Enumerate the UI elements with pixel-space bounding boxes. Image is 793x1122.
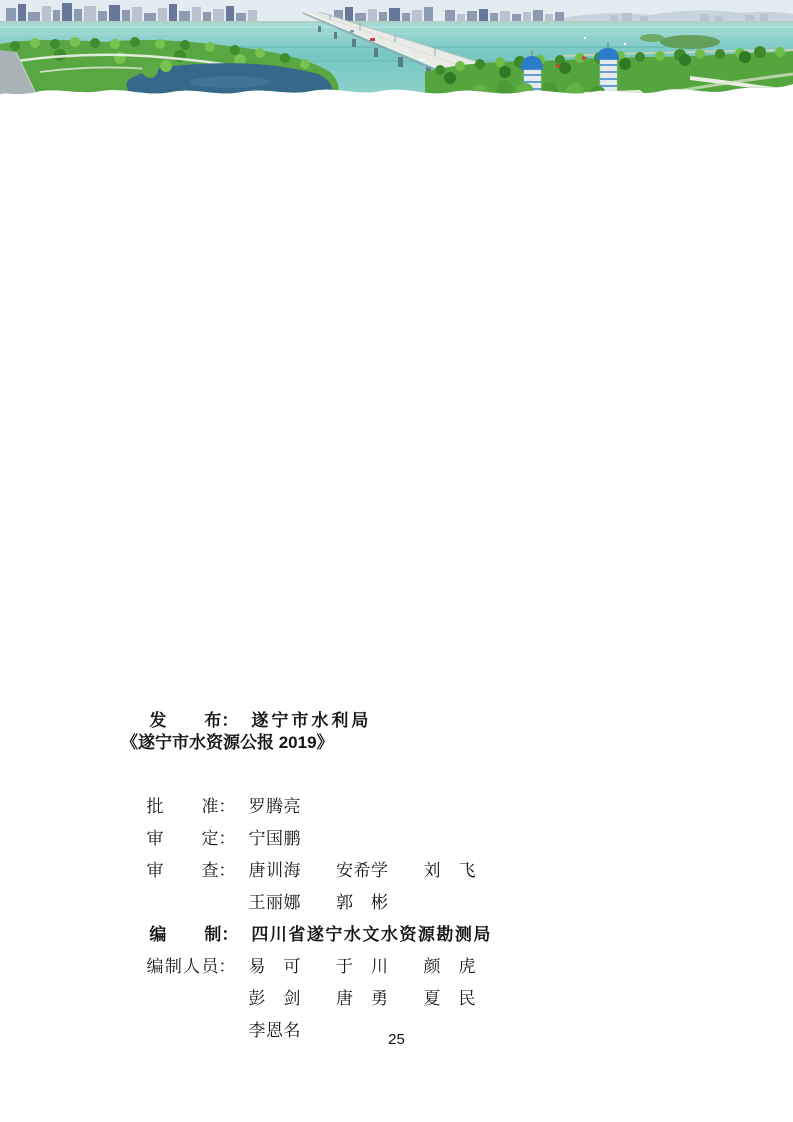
credit-value: 宁国鹏 <box>249 829 302 848</box>
credit-row-approver: 批准：罗腾亮 <box>121 759 741 791</box>
credit-value: 王丽娜 郭 彬 <box>249 893 389 912</box>
credit-colon: ： <box>219 823 237 855</box>
credit-label: 编制 <box>149 919 221 951</box>
credit-value: 易 可 于 川 颜 虎 <box>249 957 477 976</box>
credit-value: 唐训海 安希学 刘 飞 <box>249 861 477 880</box>
page-number: 25 <box>0 1031 793 1048</box>
credit-value: 彭 剑 唐 勇 夏 民 <box>249 989 477 1008</box>
document-page: 发布：遂宁市水利局 《遂宁市水资源公报 2019》 批准：罗腾亮 审定：宁国鹏 … <box>0 0 793 1122</box>
credit-colon: ： <box>219 951 237 983</box>
credit-label: 编制人员 <box>147 951 219 983</box>
credit-row-publisher: 发布：遂宁市水利局 <box>121 673 741 705</box>
header-photo <box>0 0 793 98</box>
report-title: 《遂宁市水资源公报 2019》 <box>121 727 741 759</box>
credit-value: 四川省遂宁水文水资源勘测局 <box>251 925 492 944</box>
credit-colon: ： <box>221 919 239 951</box>
credit-colon: ： <box>219 791 237 823</box>
credit-colon: ： <box>219 855 237 887</box>
credit-label: 审查 <box>147 855 219 887</box>
credit-value: 罗腾亮 <box>249 797 302 816</box>
credit-label: 批准 <box>147 791 219 823</box>
credit-label: 审定 <box>147 823 219 855</box>
credits-block: 发布：遂宁市水利局 《遂宁市水资源公报 2019》 批准：罗腾亮 审定：宁国鹏 … <box>121 673 741 1015</box>
